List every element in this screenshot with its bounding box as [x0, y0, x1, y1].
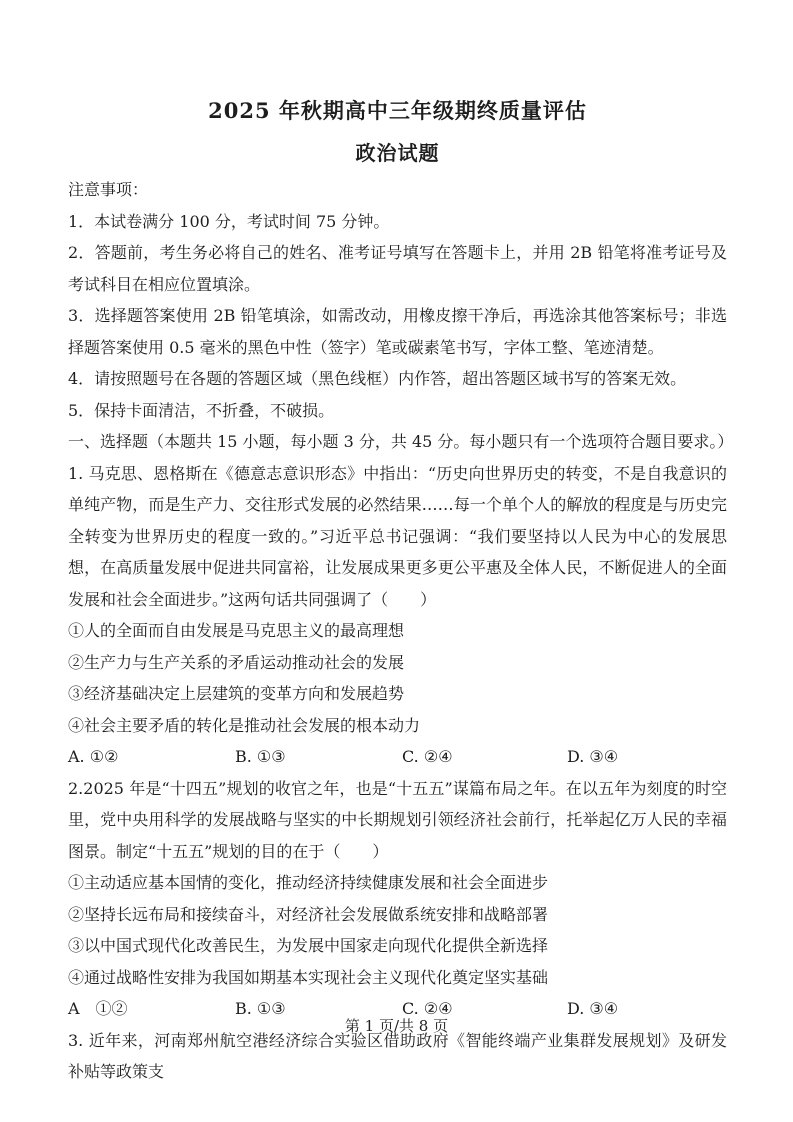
question-1-statements: ①人的全面而自由发展是马克思主义的最高理想 ②生产力与生产关系的矛盾运动推动社会… [68, 615, 727, 741]
exam-subtitle: 政治试题 [68, 136, 727, 170]
question-1: 1. 马克思、恩格斯在《德意志意识形态》中指出：“历史向世界历史的转变，不是自我… [68, 458, 727, 773]
notice-item-5: 5．保持卡面清洁，不折叠，不破损。 [68, 395, 727, 427]
question-2-statement-2: ②坚持长远布局和接续奋斗，对经济社会发展做系统安排和战略部署 [68, 899, 727, 931]
question-2-statement-3: ③以中国式现代化改善民生，为发展中国家走向现代化提供全新选择 [68, 930, 727, 962]
question-1-statement-1: ①人的全面而自由发展是马克思主义的最高理想 [68, 615, 727, 647]
document-header: 2025 年秋期高中三年级期终质量评估 政治试题 [68, 94, 727, 170]
page-number-footer: 第 1 页/共 8 页 [0, 1012, 793, 1040]
question-1-option-c: C. ②④ [402, 741, 567, 773]
notice-label: 注意事项： [68, 174, 727, 206]
question-1-option-b: B. ①③ [235, 741, 402, 773]
question-2-stem: 2.2025 年是“十四五”规划的收官之年，也是“十五五”谋篇布局之年。在以五年… [68, 773, 727, 868]
exam-title: 2025 年秋期高中三年级期终质量评估 [68, 94, 727, 128]
question-2: 2.2025 年是“十四五”规划的收官之年，也是“十五五”谋篇布局之年。在以五年… [68, 773, 727, 1025]
question-1-statement-4: ④社会主要矛盾的转化是推动社会发展的根本动力 [68, 710, 727, 742]
notice-item-1: 1．本试卷满分 100 分，考试时间 75 分钟。 [68, 206, 727, 238]
section-heading: 一、选择题（本题共 15 小题，每小题 3 分，共 45 分。每小题只有一个选项… [68, 426, 727, 458]
question-1-statement-2: ②生产力与生产关系的矛盾运动推动社会的发展 [68, 647, 727, 679]
question-2-statement-4: ④通过战略性安排为我国如期基本实现社会主义现代化奠定坚实基础 [68, 962, 727, 994]
question-2-statement-1: ①主动适应基本国情的变化，推动经济持续健康发展和社会全面进步 [68, 867, 727, 899]
page-content: 2025 年秋期高中三年级期终质量评估 政治试题 注意事项： 1．本试卷满分 1… [68, 94, 727, 1088]
question-1-stem: 1. 马克思、恩格斯在《德意志意识形态》中指出：“历史向世界历史的转变，不是自我… [68, 458, 727, 616]
question-1-options: A. ①② B. ①③ C. ②④ D. ③④ [68, 741, 727, 773]
question-1-option-a: A. ①② [68, 741, 235, 773]
question-1-statement-3: ③经济基础决定上层建筑的变革方向和发展趋势 [68, 678, 727, 710]
document-body: 注意事项： 1．本试卷满分 100 分，考试时间 75 分钟。 2．答题前，考生… [68, 174, 727, 1088]
exam-page: 2025 年秋期高中三年级期终质量评估 政治试题 注意事项： 1．本试卷满分 1… [0, 0, 793, 1122]
notice-item-2: 2．答题前，考生务必将自己的姓名、准考证号填写在答题卡上，并用 2B 铅笔将准考… [68, 237, 727, 300]
notice-item-3: 3．选择题答案使用 2B 铅笔填涂，如需改动，用橡皮擦干净后，再选涂其他答案标号… [68, 300, 727, 363]
notice-item-4: 4．请按照题号在各题的答题区域（黑色线框）内作答，超出答题区域书写的答案无效。 [68, 363, 727, 395]
question-1-option-d: D. ③④ [567, 741, 727, 773]
question-2-statements: ①主动适应基本国情的变化，推动经济持续健康发展和社会全面进步 ②坚持长远布局和接… [68, 867, 727, 993]
